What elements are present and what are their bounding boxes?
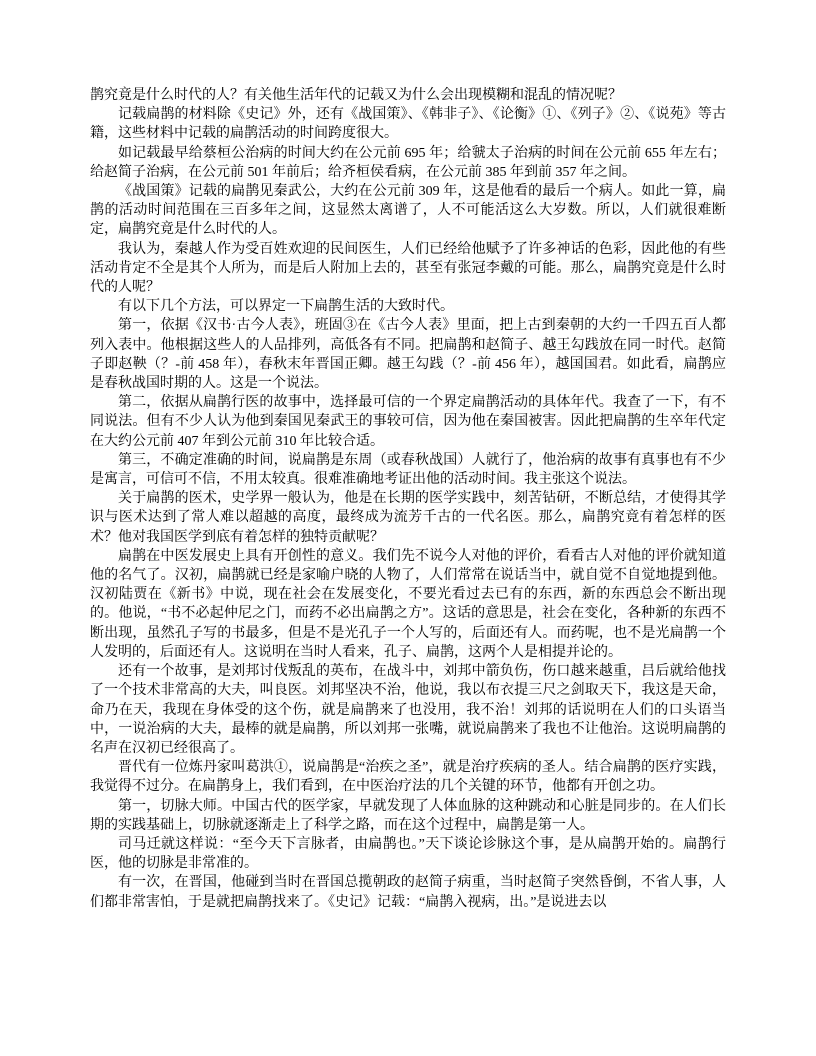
paragraph: 关于扁鹊的医术，史学界一般认为，他是在长期的医学实践中，刻苦钻研，不断总结，才使…: [90, 489, 726, 547]
document-page: 鹊究竟是什么时代的人？有关他生活年代的记载又为什么会出现模糊和混乱的情况呢？ 记…: [0, 0, 816, 1056]
paragraph: 有一次，在晋国，他碰到当时在晋国总揽朝政的赵简子病重，当时赵简子突然昏倒，不省人…: [90, 873, 726, 911]
paragraph: 记载扁鹊的材料除《史记》外，还有《战国策》、《韩非子》、《论衡》①、《列子》②、…: [90, 105, 726, 143]
paragraph: 晋代有一位炼丹家叫葛洪①，说扁鹊是“治疾之圣”，就是治疗疾病的圣人。结合扁鹊的医…: [90, 758, 726, 796]
paragraph: 第一，切脉大师。中国古代的医学家，早就发现了人体血脉的这种跳动和心脏是同步的。在…: [90, 797, 726, 835]
paragraph: 我认为，秦越人作为受百姓欢迎的民间医生，人们已经给他赋予了许多神话的色彩，因此他…: [90, 240, 726, 298]
paragraph: 有以下几个方法，可以界定一下扁鹊生活的大致时代。: [90, 297, 726, 316]
paragraph: 还有一个故事，是刘邦讨伐叛乱的英布，在战斗中，刘邦中箭负伤，伤口越来越重，吕后就…: [90, 662, 726, 758]
paragraph: 如记载最早给蔡桓公治病的时间大约在公元前 695 年；给虢太子治病的时间在公元前…: [90, 144, 726, 182]
paragraph: 第一，依据《汉书·古今人表》，班固③在《古今人表》里面，把上古到秦朝的大约一千四…: [90, 316, 726, 393]
paragraph: 鹊究竟是什么时代的人？有关他生活年代的记载又为什么会出现模糊和混乱的情况呢？: [90, 86, 726, 105]
paragraph: 司马迁就这样说：“至今天下言脉者，由扁鹊也。”天下谈论诊脉这个事，是从扁鹊开始的…: [90, 835, 726, 873]
paragraph: 第三，不确定准确的时间，说扁鹊是东周（或春秋战国）人就行了，他治病的故事有真事也…: [90, 451, 726, 489]
paragraph: 《战国策》记载的扁鹊见秦武公，大约在公元前 309 年，这是他看的最后一个病人。…: [90, 182, 726, 240]
paragraph: 扁鹊在中医发展史上具有开创性的意义。我们先不说今人对他的评价，看看古人对他的评价…: [90, 547, 726, 662]
paragraph: 第二，依据从扁鹊行医的故事中，选择最可信的一个界定扁鹊活动的具体年代。我查了一下…: [90, 393, 726, 451]
